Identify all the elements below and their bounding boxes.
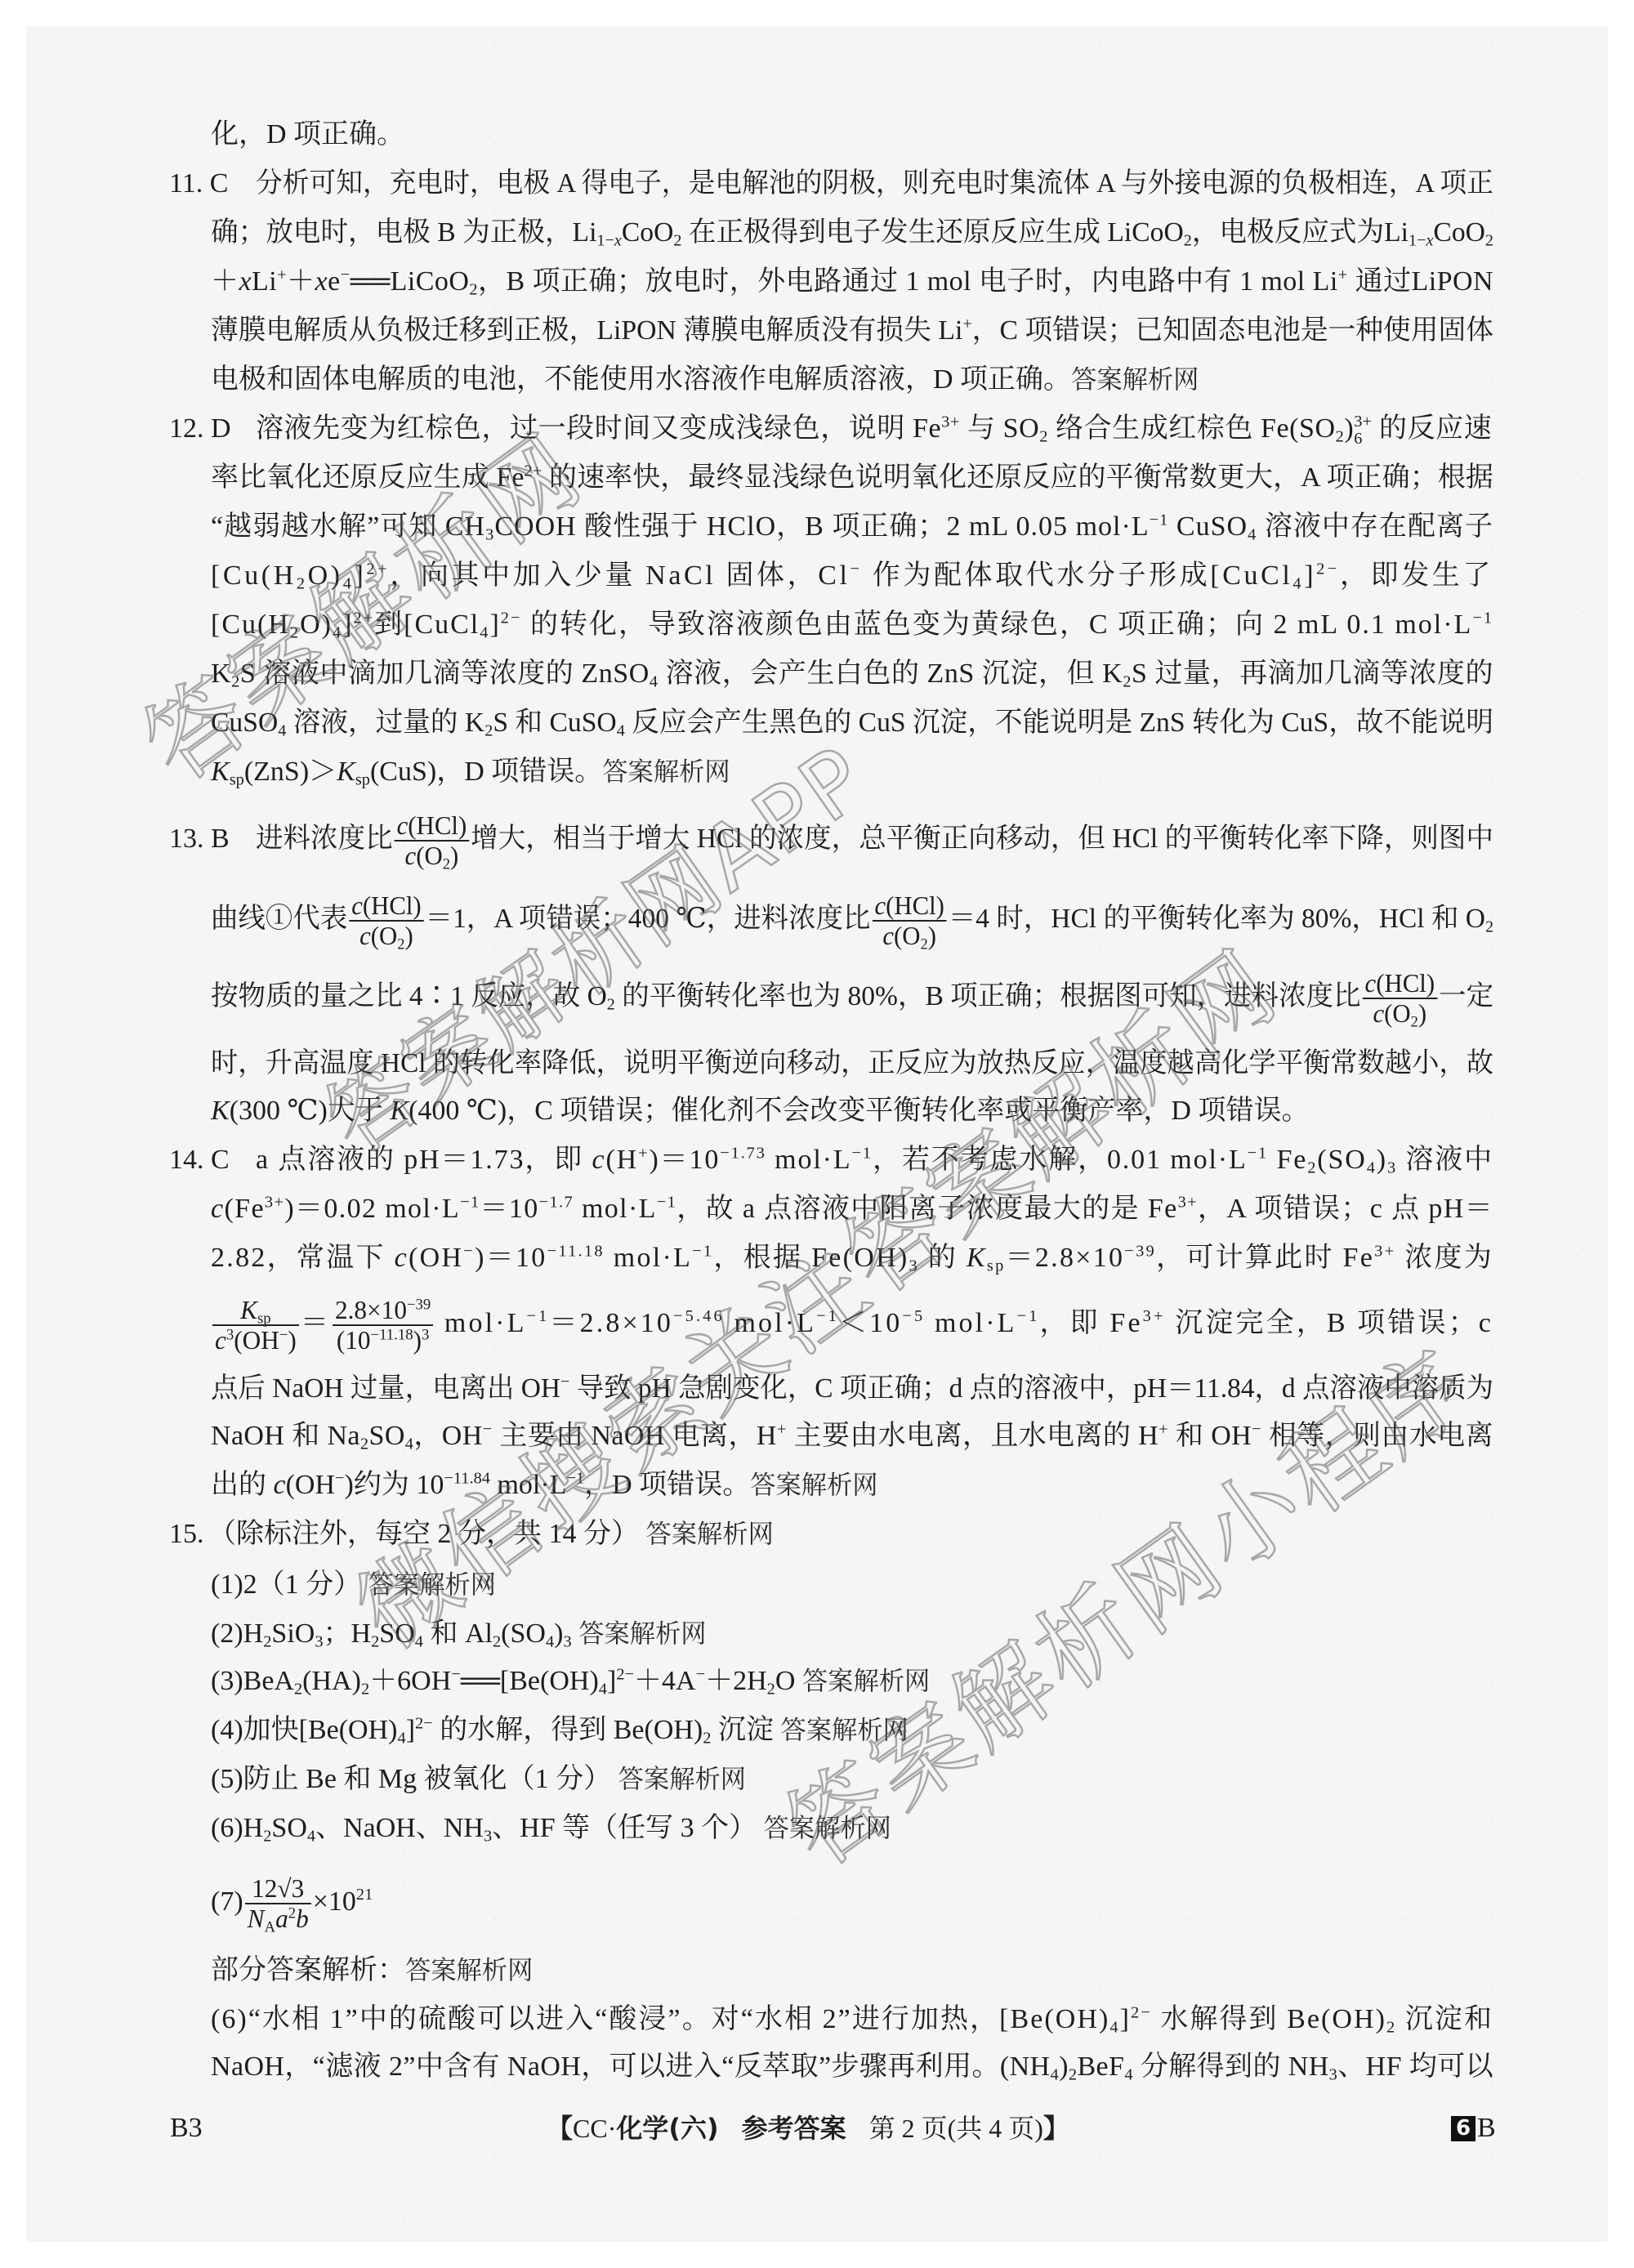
- answer-text: [Cu(H2O)4]2+，向其中加入少量 NaCl 固体，Cl− 作为配体取代水…: [211, 551, 1493, 600]
- answer-text: 溶液先变为红棕色，过一段时间又变成浅绿色，说明 Fe3+ 与 SO2 络合生成红…: [256, 404, 1492, 453]
- text-line: 点后 NaOH 过量，电离出 OH− 导致 pH 急剧变化，C 项正确；d 点的…: [211, 1364, 1516, 1413]
- answer-text: 确；放电时，电极 B 为正极，Li1−xCoO2 在正极得到电子发生还原反应生成…: [211, 208, 1493, 257]
- text-line: 薄膜电解质从负极迁移到正极，LiPON 薄膜电解质没有损失 Li+，C 项错误；…: [211, 306, 1503, 355]
- answer-text: NaOH 和 Na2SO4，OH− 主要由 NaOH 电离，H+ 主要由水电离，…: [211, 1412, 1493, 1461]
- text-line: [Cu(H2O)4]2+，向其中加入少量 NaCl 固体，Cl− 作为配体取代水…: [211, 551, 1493, 600]
- footer-bracket-open: 【: [547, 2113, 573, 2144]
- text-line: 出的 c(OH−)约为 10−11.84 mol·L−1，D 项错误。答案解析网: [211, 1461, 878, 1510]
- answer-text: 时，升高温度 HCl 的转化率降低，说明平衡逆向移动，正反应为放热反应，温度越高…: [211, 1039, 1493, 1088]
- text-line: 电极和固体电解质的电池，不能使用水溶液作电解质溶液，D 项正确。答案解析网: [211, 355, 1199, 404]
- sub-answer-7: (7)12√3NAa2b×1021: [211, 1874, 373, 1923]
- answer-text: 薄膜电解质从负极迁移到正极，LiPON 薄膜电解质没有损失 Li+，C 项错误；…: [211, 306, 1493, 355]
- version-badge: 6: [1451, 2116, 1476, 2141]
- answer-text: [Cu(H2O)4]2+到[CuCl4]2− 的转化，导致溶液颜色由蓝色变为黄绿…: [211, 600, 1493, 650]
- scoring-note: （除标注外，每空 2 分，共 14 分） 答案解析网: [208, 1510, 774, 1559]
- continuation-text: 化，D 项正确。: [211, 110, 404, 159]
- answer-text: c(Fe3+)＝0.02 mol·L−1＝10−1.7 mol·L−1，故 a …: [211, 1185, 1493, 1234]
- answer-text: “越弱越水解”可知 CH3COOH 酸性强于 HClO，B 项正确；2 mL 0…: [211, 502, 1493, 551]
- text-line: c(Fe3+)＝0.02 mol·L−1＝10−1.7 mol·L−1，故 a …: [211, 1185, 1493, 1234]
- text-line: ＋xLi+＋xe−══LiCoO2，B 项正确；放电时，外电路通过 1 mol …: [211, 257, 1493, 306]
- footer-version: 6B: [1451, 2104, 1496, 2153]
- text-line: CuSO4 溶液，过量的 K2S 和 CuSO4 反应会产生黑色的 CuS 沉淀…: [211, 699, 1507, 748]
- text-line: 化，D 项正确。: [211, 110, 404, 159]
- answer-text: 点后 NaOH 过量，电离出 OH− 导致 pH 急剧变化，C 项正确；d 点的…: [211, 1364, 1493, 1413]
- text-line: 进料浓度比c(HCl)c(O2)增大，相当于增大 HCl 的浓度，总平衡正向移动…: [256, 811, 1511, 860]
- answer-text: 率比氧化还原反应生成 Fe2+ 的速率快，最终显浅绿色说明氧化还原反应的平衡常数…: [211, 453, 1493, 502]
- text-line: a 点溶液的 pH＝1.73，即 c(H+)＝10−1.73 mol·L−1，若…: [256, 1136, 1493, 1185]
- footer-doc-type: 参考答案: [742, 2113, 846, 2144]
- text-line: NaOH，“滤液 2”中含有 NaOH，可以进入“反萃取”步骤再利用。(NH4)…: [211, 2043, 1493, 2092]
- answer-text: Kspc3(OH−)＝2.8×10−39(10−11.18)3 mol·L−1＝…: [211, 1296, 1493, 1355]
- sub-answer-2: (2)H2SiO3；H2SO4 和 Al2(SO4)3 答案解析网: [211, 1609, 707, 1659]
- text-line: (6)“水相 1”中的硫酸可以进入“酸浸”。对“水相 2”进行加热，[Be(OH…: [211, 1995, 1493, 2044]
- scoring-note-text: （除标注外，每空 2 分，共 14 分） 答案解析网: [208, 1510, 774, 1559]
- analysis-text: NaOH，“滤液 2”中含有 NaOH，可以进入“反萃取”步骤再利用。(NH4)…: [211, 2043, 1493, 2092]
- footer-subject: 化学(六): [616, 2113, 718, 2144]
- text-line: 分析可知，充电时，电极 A 得电子，是电解池的阴极，则充电时集流体 A 与外接电…: [256, 159, 1541, 208]
- question-number: 15.: [169, 1510, 204, 1559]
- answer-text: (4)加快[Be(OH)4]2− 的水解，得到 Be(OH)2 沉淀 答案解析网: [211, 1706, 909, 1755]
- text-line: Ksp(ZnS)＞Ksp(CuS)，D 项错误。答案解析网: [211, 748, 730, 797]
- footer-title-content: 【CC·化学(六)参考答案第 2 页(共 4 页)】: [547, 2104, 1069, 2153]
- answer-text: 分析可知，充电时，电极 A 得电子，是电解池的阴极，则充电时集流体 A 与外接电…: [256, 159, 1493, 208]
- analysis-heading-text: 部分答案解析：答案解析网: [211, 1946, 533, 1995]
- answer-text: Ksp(ZnS)＞Ksp(CuS)，D 项错误。答案解析网: [211, 748, 730, 797]
- text-line: 确；放电时，电极 B 为正极，Li1−xCoO2 在正极得到电子发生还原反应生成…: [211, 208, 1508, 257]
- text-line: 2.82，常温下 c(OH−)＝10−11.18 mol·L−1，根据 Fe(O…: [211, 1234, 1493, 1283]
- sub-answer-3: (3)BeA2(HA)2＋6OH−══[Be(OH)4]2−＋4A−＋2H2O …: [211, 1657, 930, 1706]
- text-line: [Cu(H2O)4]2+到[CuCl4]2− 的转化，导致溶液颜色由蓝色变为黄绿…: [211, 600, 1493, 650]
- text-line: 按物质的量之比 4∶1 反应，故 O2 的平衡转化率也为 80%，B 项正确；根…: [211, 969, 1513, 1018]
- answer-formula: (7)12√3NAa2b×1021: [211, 1874, 373, 1933]
- answer-text: 曲线①代表c(HCl)c(O2)＝1，A 项错误；400 ℃，进料浓度比c(HC…: [211, 891, 1493, 950]
- answer-text: ＋xLi+＋xe−══LiCoO2，B 项正确；放电时，外电路通过 1 mol …: [211, 257, 1493, 306]
- sub-answer-4: (4)加快[Be(OH)4]2− 的水解，得到 Be(OH)2 沉淀 答案解析网: [211, 1706, 909, 1755]
- answer-text: a 点溶液的 pH＝1.73，即 c(H+)＝10−1.73 mol·L−1，若…: [256, 1136, 1493, 1185]
- analysis-heading: 部分答案解析：答案解析网: [211, 1946, 533, 1995]
- text-line: K2S 溶液中滴加几滴等浓度的 ZnSO4 溶液，会产生白色的 ZnS 沉淀，但…: [211, 650, 1493, 699]
- answer-text: 按物质的量之比 4∶1 反应，故 O2 的平衡转化率也为 80%，B 项正确；根…: [211, 969, 1493, 1028]
- text-line: “越弱越水解”可知 CH3COOH 酸性强于 HClO，B 项正确；2 mL 0…: [211, 502, 1493, 551]
- analysis-text: (6)“水相 1”中的硫酸可以进入“酸浸”。对“水相 2”进行加热，[Be(OH…: [211, 1995, 1493, 2044]
- text-line: 时，升高温度 HCl 的转化率降低，说明平衡逆向移动，正反应为放热反应，温度越高…: [211, 1039, 1521, 1088]
- text-line: Kspc3(OH−)＝2.8×10−39(10−11.18)3 mol·L−1＝…: [211, 1296, 1493, 1345]
- answer-text: (6)H2SO4、NaOH、NH3、HF 等（任写 3 个） 答案解析网: [211, 1804, 891, 1853]
- footer-title: 【CC·化学(六)参考答案第 2 页(共 4 页)】: [547, 2104, 1069, 2153]
- answer-text: K2S 溶液中滴加几滴等浓度的 ZnSO4 溶液，会产生白色的 ZnS 沉淀，但…: [211, 650, 1493, 699]
- answer-text: (2)H2SiO3；H2SO4 和 Al2(SO4)3 答案解析网: [211, 1609, 707, 1659]
- sub-answer-6: (6)H2SO4、NaOH、NH3、HF 等（任写 3 个） 答案解析网: [211, 1804, 891, 1853]
- answer-text: (1)2（1 分） 答案解析网: [211, 1560, 496, 1609]
- text-line: 率比氧化还原反应生成 Fe2+ 的速率快，最终显浅绿色说明氧化还原反应的平衡常数…: [211, 453, 1493, 502]
- version-letter: B: [1477, 2113, 1496, 2143]
- footer-code: B3: [170, 2104, 203, 2153]
- answer-text: K(300 ℃)大于 K(400 ℃)，C 项错误；催化剂不会改变平衡转化率或平…: [211, 1087, 1309, 1136]
- footer-bracket-close: 】: [1043, 2113, 1069, 2144]
- text-line: 溶液先变为红棕色，过一段时间又变成浅绿色，说明 Fe3+ 与 SO2 络合生成红…: [256, 404, 1492, 453]
- answer-text: (5)防止 Be 和 Mg 被氧化（1 分） 答案解析网: [211, 1755, 746, 1804]
- footer-page-number: 第 2 页(共 4 页): [869, 2114, 1043, 2143]
- answer-text: 电极和固体电解质的电池，不能使用水溶液作电解质溶液，D 项正确。答案解析网: [211, 355, 1199, 404]
- text-line: K(300 ℃)大于 K(400 ℃)，C 项错误；催化剂不会改变平衡转化率或平…: [211, 1087, 1309, 1136]
- answer-text: 2.82，常温下 c(OH−)＝10−11.18 mol·L−1，根据 Fe(O…: [211, 1234, 1493, 1283]
- question-number: 14. C: [169, 1136, 230, 1185]
- answer-text: CuSO4 溶液，过量的 K2S 和 CuSO4 反应会产生黑色的 CuS 沉淀…: [211, 699, 1493, 748]
- sub-answer-1: (1)2（1 分） 答案解析网: [211, 1560, 496, 1609]
- answer-text: 出的 c(OH−)约为 10−11.84 mol·L−1，D 项错误。答案解析网: [211, 1461, 878, 1510]
- question-number: 12. D: [169, 404, 231, 453]
- text-line: NaOH 和 Na2SO4，OH− 主要由 NaOH 电离，H+ 主要由水电离，…: [211, 1412, 1493, 1461]
- text-line: 曲线①代表c(HCl)c(O2)＝1，A 项错误；400 ℃，进料浓度比c(HC…: [211, 891, 1514, 940]
- answer-text: 进料浓度比c(HCl)c(O2)增大，相当于增大 HCl 的浓度，总平衡正向移动…: [256, 811, 1493, 870]
- sub-answer-5: (5)防止 Be 和 Mg 被氧化（1 分） 答案解析网: [211, 1755, 746, 1804]
- question-number: 13. B: [169, 815, 230, 864]
- footer-series: CC·: [573, 2114, 616, 2143]
- answer-text: (3)BeA2(HA)2＋6OH−══[Be(OH)4]2−＋4A−＋2H2O …: [211, 1657, 930, 1706]
- question-number: 11. C: [169, 159, 228, 208]
